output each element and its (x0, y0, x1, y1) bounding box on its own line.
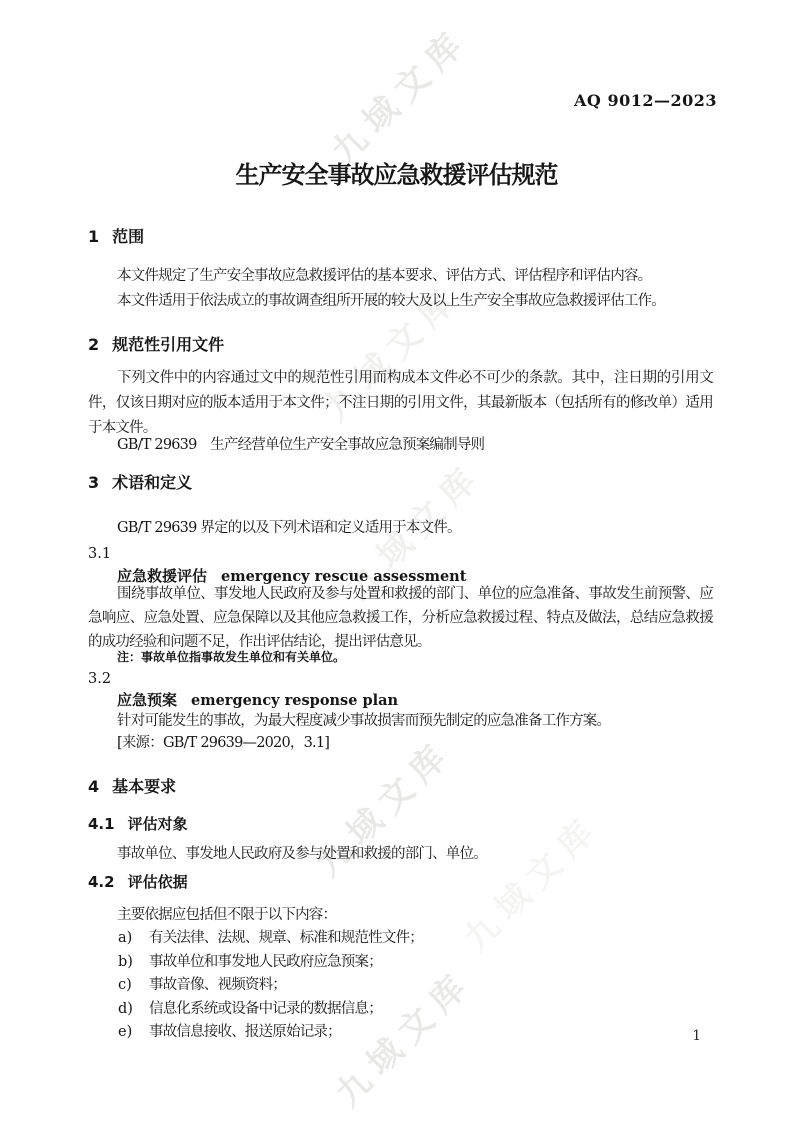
normative-references-paragraph: 下列文件中的内容通过文中的规范性引用而构成本文件必不可少的条款。其中，注日期的引… (88, 366, 713, 441)
term-3-2-english: emergency response plan (191, 692, 398, 709)
section-4-title: 基本要求 (112, 777, 176, 796)
clause-3-1-number: 3.1 (88, 544, 713, 564)
section-4-1-number: 4.1 (88, 815, 115, 833)
list-item-label: c) (118, 974, 149, 998)
evaluation-basis-list: a)有关法律、法规、规章、标准和规范性文件； b)事故单位和事发地人民政府应急预… (88, 927, 713, 1045)
section-1-title: 范围 (112, 227, 144, 246)
section-2-number: 2 (88, 335, 99, 354)
list-item: c)事故音像、视频资料； (118, 974, 713, 998)
list-item-text: 信息化系统或设备中记录的数据信息； (149, 1001, 382, 1017)
document-page: 九域文库 九域文库 九域文库 九域文库 九域文库 九域文库 AQ 9012—20… (0, 0, 793, 1122)
evaluation-basis-intro: 主要依据应包括但不限于以下内容： (88, 903, 713, 928)
list-item-text: 事故信息接收、报送原始记录； (149, 1024, 341, 1040)
section-2-heading: 2规范性引用文件 (88, 334, 713, 356)
list-item-label: e) (118, 1021, 149, 1045)
evaluation-object-paragraph: 事故单位、事发地人民政府及参与处置和救援的部门、单位。 (88, 842, 713, 867)
section-3-heading: 3术语和定义 (88, 472, 713, 494)
clause-3-2-number: 3.2 (88, 669, 713, 689)
section-1-heading: 1范围 (88, 226, 713, 248)
list-item: d)信息化系统或设备中记录的数据信息； (118, 998, 713, 1022)
watermark: 九域文库 (318, 14, 477, 173)
section-3-title: 术语和定义 (112, 473, 192, 492)
term-3-1-definition: 围绕事故单位、事发地人民政府及参与处置和救援的部门、单位的应急准备、事故发生前预… (88, 582, 713, 654)
list-item: a)有关法律、法规、规章、标准和规范性文件； (118, 927, 713, 951)
section-1-number: 1 (88, 227, 99, 246)
term-3-1-note: 注：事故单位指事故发生单位和有关单位。 (88, 649, 713, 666)
list-item-label: d) (118, 998, 149, 1022)
section-4-2-number: 4.2 (88, 873, 115, 891)
section-4-2-heading: 4.2评估依据 (88, 872, 713, 893)
scope-paragraph-2: 本文件适用于依法成立的事故调查组所开展的较大及以上生产安全事故应急救援评估工作。 (88, 289, 713, 314)
normative-reference-item: GB/T 29639 生产经营单位生产安全事故应急预案编制导则 (88, 433, 713, 458)
section-3-number: 3 (88, 473, 99, 492)
page-number: 1 (692, 1028, 701, 1044)
list-item-text: 有关法律、法规、规章、标准和规范性文件； (149, 930, 423, 946)
list-item-text: 事故单位和事发地人民政府应急预案； (149, 954, 382, 970)
terms-intro: GB/T 29639 界定的以及下列术语和定义适用于本文件。 (88, 516, 713, 541)
list-item: b)事故单位和事发地人民政府应急预案； (118, 951, 713, 975)
list-item: e)事故信息接收、报送原始记录； (118, 1021, 713, 1045)
term-3-2-source: [来源：GB/T 29639—2020，3.1] (88, 731, 713, 756)
section-4-heading: 4基本要求 (88, 776, 713, 798)
standard-code: AQ 9012—2023 (574, 91, 717, 110)
list-item-text: 事故音像、视频资料； (149, 977, 286, 993)
section-4-1-heading: 4.1评估对象 (88, 814, 713, 835)
term-3-2-chinese: 应急预案 (117, 691, 177, 709)
section-2-title: 规范性引用文件 (112, 335, 224, 354)
scope-paragraph-1: 本文件规定了生产安全事故应急救援评估的基本要求、评估方式、评估程序和评估内容。 (88, 264, 713, 289)
list-item-label: b) (118, 951, 149, 975)
section-4-number: 4 (88, 777, 99, 796)
section-4-2-title: 评估依据 (128, 873, 188, 891)
section-4-1-title: 评估对象 (128, 815, 188, 833)
document-title: 生产安全事故应急救援评估规范 (0, 158, 793, 192)
list-item-label: a) (118, 927, 149, 951)
